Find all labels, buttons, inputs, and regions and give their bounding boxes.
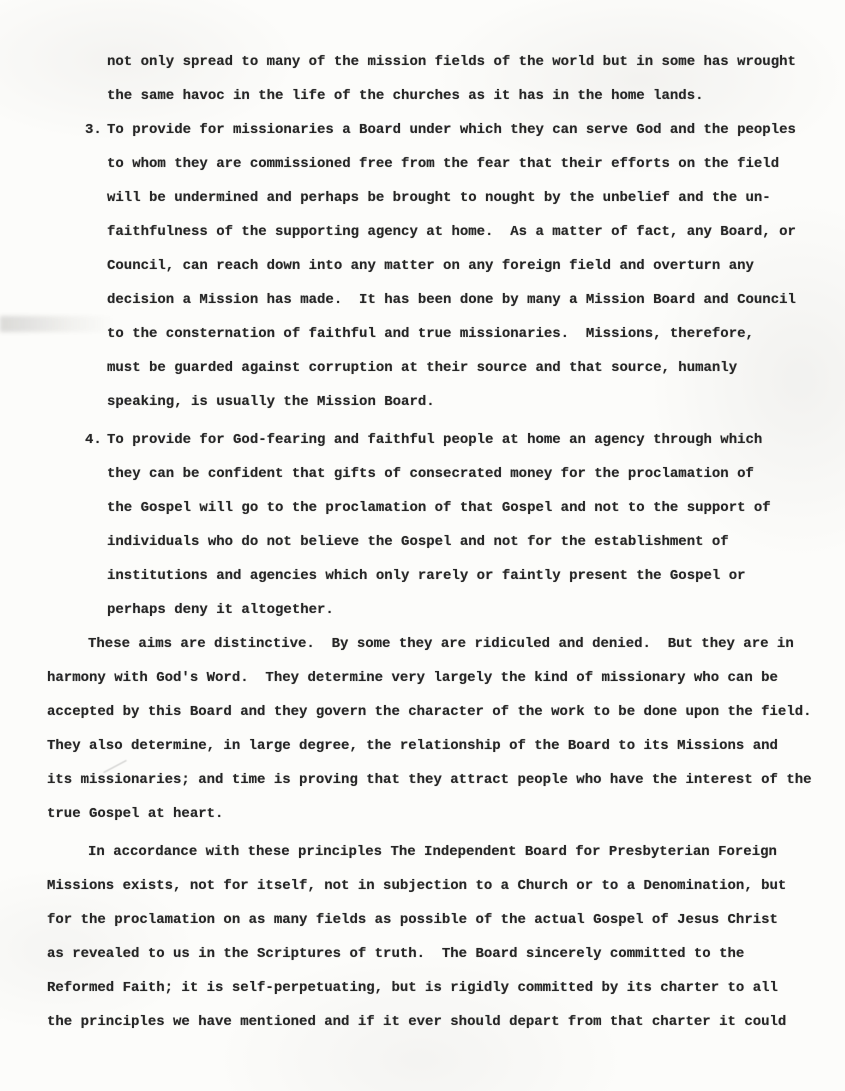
text-line: they can be confident that gifts of cons… (107, 457, 835, 491)
text-line: Council, can reach down into any matter … (107, 249, 835, 283)
text-line: the principles we have mentioned and if … (47, 1005, 835, 1039)
text-line: To provide for missionaries a Board unde… (107, 113, 796, 147)
text-line: harmony with God's Word. They determine … (47, 661, 835, 695)
text-line: for the proclamation on as many fields a… (47, 903, 835, 937)
text-line: true Gospel at heart. (47, 797, 835, 831)
text-line: decision a Mission has made. It has been… (107, 283, 835, 317)
list-item-number: 4. (85, 423, 107, 457)
text-line: These aims are distinctive. By some they… (88, 627, 835, 661)
text-line: institutions and agencies which only rar… (107, 559, 835, 593)
text-line: to the consternation of faithful and tru… (107, 317, 835, 351)
text-line: the Gospel will go to the proclamation o… (107, 491, 835, 525)
typewritten-text-block: not only spread to many of the mission f… (45, 45, 835, 1039)
list-item-3-start: 3.To provide for missionaries a Board un… (85, 113, 835, 147)
text-line: must be guarded against corruption at th… (107, 351, 835, 385)
text-line: They also determine, in large degree, th… (47, 729, 835, 763)
list-item-number: 3. (85, 113, 107, 147)
text-line: faithfulness of the supporting agency at… (107, 215, 835, 249)
text-line: will be undermined and perhaps be brough… (107, 181, 835, 215)
text-line: not only spread to many of the mission f… (107, 45, 835, 79)
text-line: perhaps deny it altogether. (107, 593, 835, 627)
text-line: the same havoc in the life of the church… (107, 79, 835, 113)
text-line: Reformed Faith; it is self-perpetuating,… (47, 971, 835, 1005)
text-line: Missions exists, not for itself, not in … (47, 869, 835, 903)
text-line: to whom they are commissioned free from … (107, 147, 835, 181)
text-line: its missionaries; and time is proving th… (47, 763, 835, 797)
text-line: speaking, is usually the Mission Board. (107, 385, 835, 419)
text-line: as revealed to us in the Scriptures of t… (47, 937, 835, 971)
list-item-4-start: 4.To provide for God-fearing and faithfu… (85, 423, 835, 457)
text-line: accepted by this Board and they govern t… (47, 695, 835, 729)
text-line: In accordance with these principles The … (88, 835, 835, 869)
text-line: To provide for God-fearing and faithful … (107, 423, 762, 457)
text-line: individuals who do not believe the Gospe… (107, 525, 835, 559)
scanned-document-page: not only spread to many of the mission f… (0, 0, 845, 1091)
